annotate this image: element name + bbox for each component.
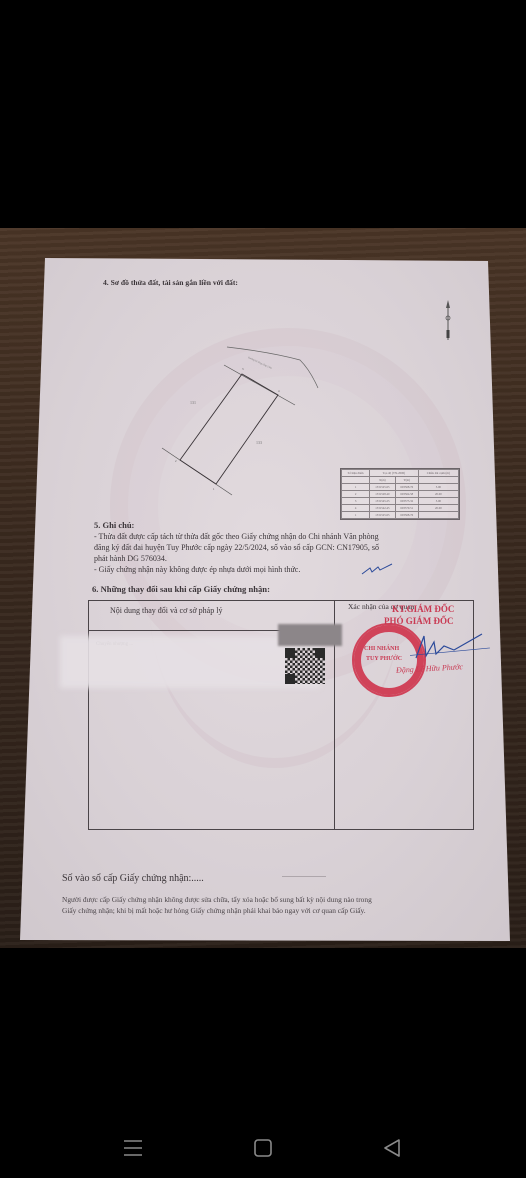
registration-number-label: Số vào sổ cấp Giấy chứng nhận:..... <box>62 873 204 884</box>
svg-text:4: 4 <box>278 389 280 393</box>
note-line: - Thửa đất được cấp tách từ thửa đất gốc… <box>94 532 379 541</box>
north-arrow-icon <box>445 300 451 340</box>
changes-col1-header: Nội dung thay đổi và cơ sở pháp lý <box>110 606 222 615</box>
section-4-title: 4. Sơ đồ thửa đất, tài sản gắn liền với … <box>103 278 238 287</box>
seal-text: TUY PHƯỚC <box>366 656 402 662</box>
svg-text:131: 131 <box>190 400 196 405</box>
document-photo: 4. Sơ đồ thửa đất, tài sản gắn liền với … <box>0 228 526 948</box>
section-5-title: 5. Ghi chú: <box>94 520 134 530</box>
stamp-title-line1: KT.GIÁM ĐỐC <box>392 604 454 614</box>
registration-number-blank: ...................... <box>282 870 326 879</box>
warning-line: Giấy chứng nhận; khi bị mất hoặc hư hỏng… <box>62 906 366 915</box>
svg-text:133: 133 <box>256 440 262 445</box>
svg-text:2: 2 <box>175 459 177 463</box>
land-plot-diagram: 3 4 2 1 131 133 Đường bê tông rộng 3.0m <box>160 340 330 500</box>
redaction-block <box>278 624 342 646</box>
seal-text: CHI NHÁNH <box>364 646 399 652</box>
recent-apps-icon[interactable] <box>121 1136 145 1160</box>
svg-text:1: 1 <box>213 487 215 491</box>
svg-text:3: 3 <box>242 367 244 371</box>
svg-text:Đường bê tông rộng 3.0m: Đường bê tông rộng 3.0m <box>248 356 273 370</box>
note-line: phát hành DG 576034. <box>94 554 167 563</box>
android-navigation-bar <box>0 1120 526 1178</box>
warning-line: Người được cấp Giấy chứng nhận không đượ… <box>62 895 372 904</box>
qr-code <box>285 648 325 684</box>
note-line: đăng ký đất đai huyện Tuy Phước cấp ngày… <box>94 543 379 552</box>
note-line: - Giấy chứng nhận này không được ép nhựa… <box>94 565 300 574</box>
coordinate-table: Số hiệu điểmTọa độ (VN-2000)Chiều dài cạ… <box>340 468 460 520</box>
stamp-title-line2: PHÓ GIÁM ĐỐC <box>384 616 454 626</box>
back-icon[interactable] <box>380 1136 404 1160</box>
initials-signature <box>360 562 394 576</box>
section-6-title: 6. Những thay đổi sau khi cấp Giấy chứng… <box>92 584 270 594</box>
home-icon[interactable] <box>251 1136 275 1160</box>
certificate-page: 4. Sơ đồ thửa đất, tài sản gắn liền với … <box>0 228 526 948</box>
